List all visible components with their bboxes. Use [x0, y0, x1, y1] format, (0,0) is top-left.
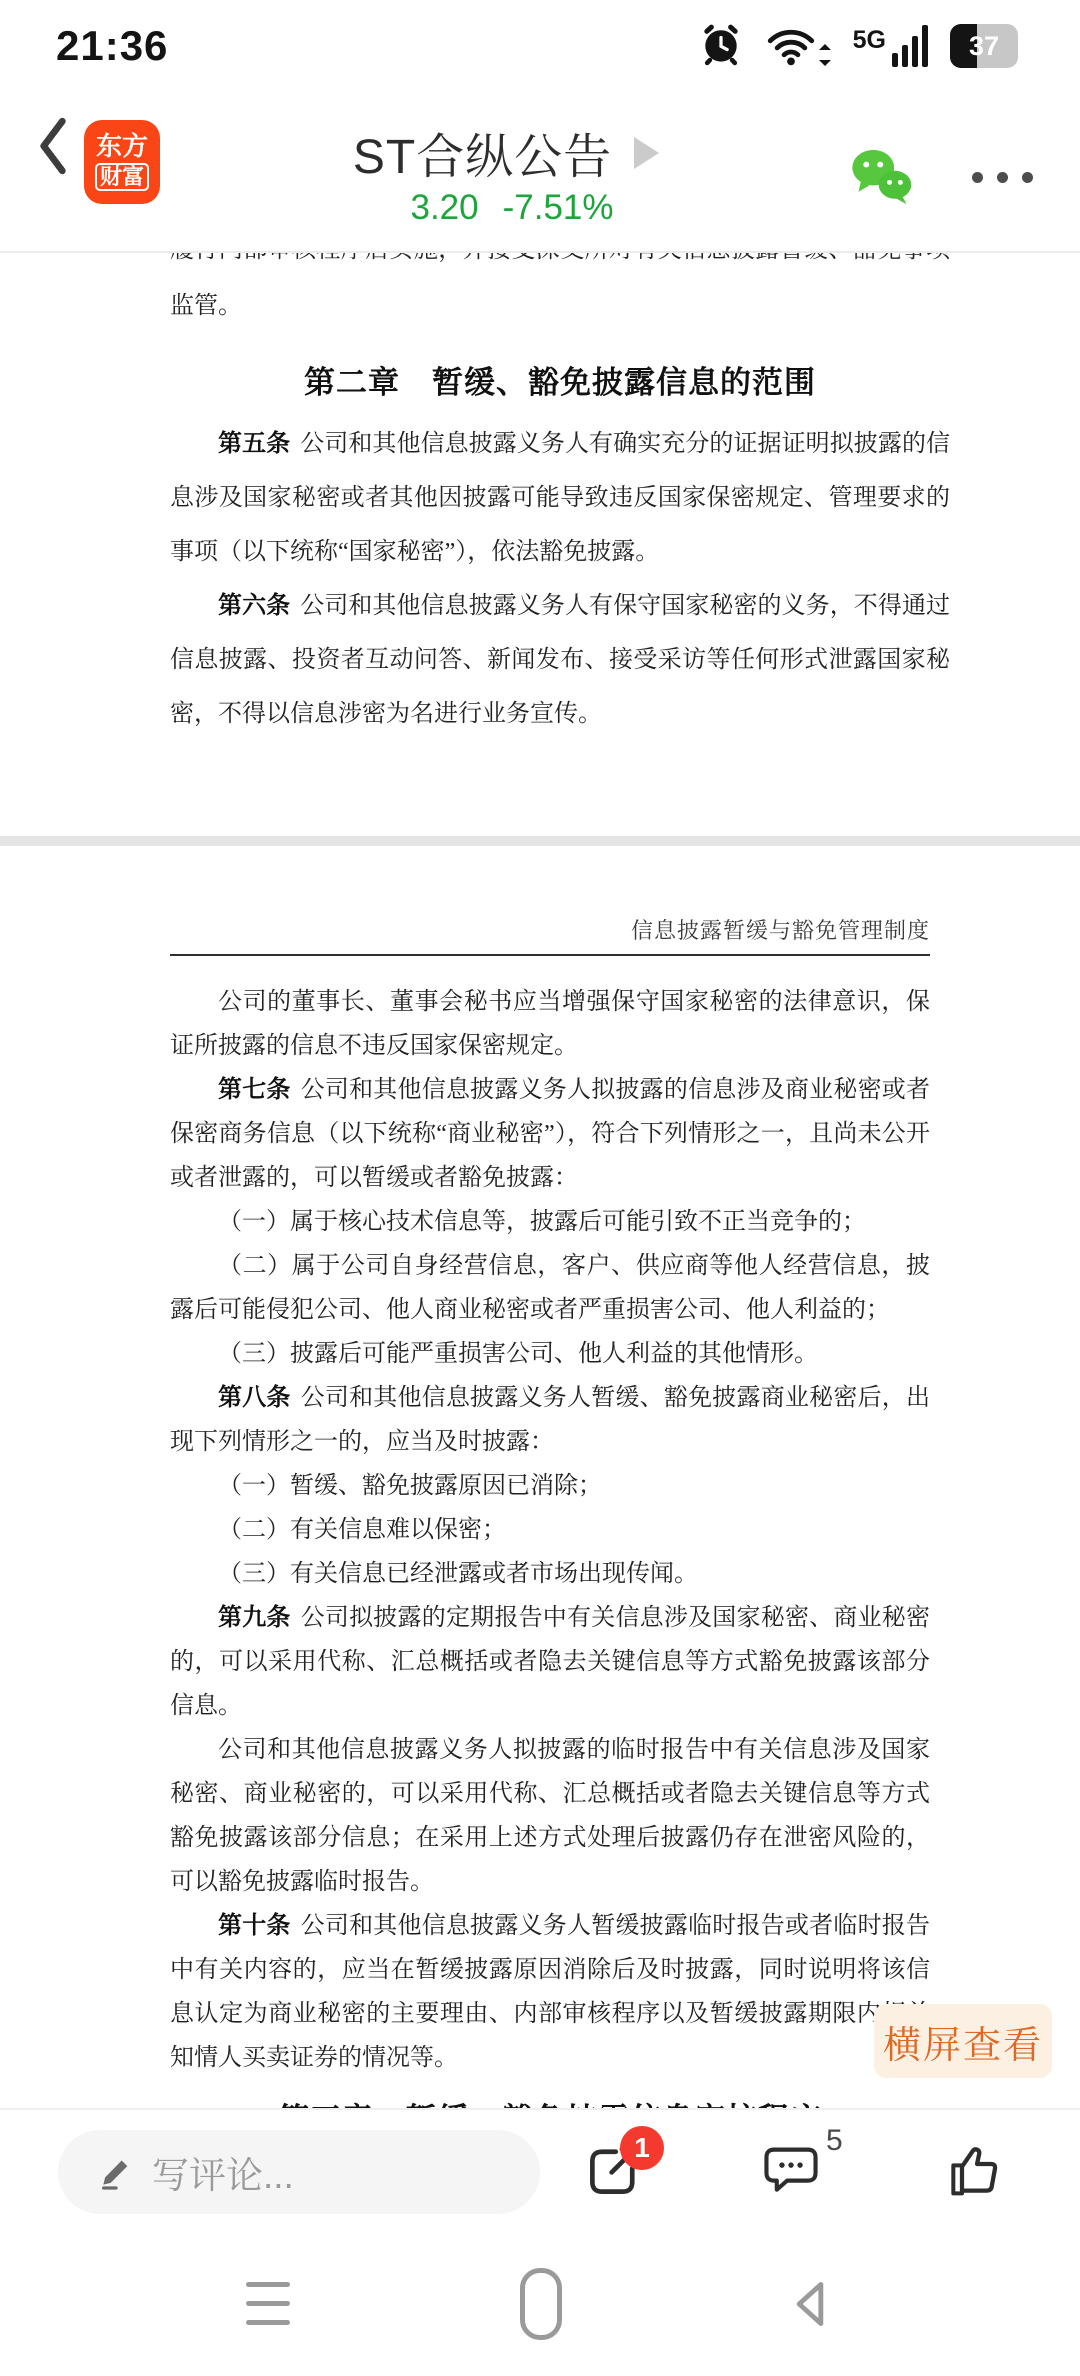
- article-10: 第十条公司和其他信息披露义务人暂缓披露临时报告或者临时报告中有关内容的，应当在暂…: [170, 1904, 930, 2080]
- nav-bar: [0, 2232, 1080, 2376]
- doc-paragraph: 公司的董事长、董事会秘书应当增强保守国家秘密的法律意识，保证所披露的信息不违反国…: [170, 980, 930, 1068]
- wifi-arrows-icon: [819, 42, 831, 68]
- wechat-share-button[interactable]: [846, 146, 916, 208]
- like-icon: [944, 2138, 1008, 2202]
- doc-paragraph: 履行内部审核程序后实施，并接受深交所对有关信息披露暂缓、豁免事项的事后: [170, 253, 950, 279]
- battery-icon: 37: [950, 24, 1018, 68]
- alarm-icon: [698, 21, 744, 72]
- comment-button[interactable]: 5: [760, 2138, 822, 2205]
- comment-count: 5: [826, 2124, 843, 2158]
- share-button[interactable]: 1: [580, 2138, 646, 2209]
- list-item: （三）有关信息已经泄露或者市场出现传闻。: [170, 1552, 930, 1596]
- share-badge: 1: [620, 2126, 664, 2170]
- clipped-line: 履行内部审核程序后实施，并接受深交所对有关信息披露暂缓、豁免事项的事后: [170, 253, 950, 279]
- list-item: （三）披露后可能严重损害公司、他人利益的其他情形。: [170, 1332, 930, 1376]
- chapter-3-heading: 第三章 暂缓、豁免披露信息审核程序: [170, 2100, 930, 2108]
- back-icon[interactable]: [790, 2278, 830, 2335]
- more-dots-icon: [972, 172, 983, 183]
- battery-percent-text: 37: [950, 24, 1018, 68]
- wifi-icon: [766, 24, 831, 68]
- more-menu-button[interactable]: [972, 172, 1033, 183]
- landscape-view-button[interactable]: 横屏查看: [874, 2004, 1052, 2078]
- comment-placeholder: 写评论...: [152, 2145, 294, 2199]
- chapter-2-heading: 第二章 暂缓、豁免披露信息的范围: [170, 363, 950, 403]
- signal-5g-icon: 5G: [853, 25, 928, 67]
- document-page-1: 履行内部审核程序后实施，并接受深交所对有关信息披露暂缓、豁免事项的事后 监管。 …: [0, 253, 1080, 836]
- page-separator: [0, 836, 1080, 846]
- article-9: 第九条公司拟披露的定期报告中有关信息涉及国家秘密、商业秘密的，可以采用代称、汇总…: [170, 1596, 930, 1728]
- status-icons: 5G 37: [698, 20, 1018, 72]
- article-8: 第八条公司和其他信息披露义务人暂缓、豁免披露商业秘密后，出现下列情形之一的，应当…: [170, 1376, 930, 1464]
- list-item: （一）属于核心技术信息等，披露后可能引致不正当竞争的；: [170, 1200, 930, 1244]
- menu-icon[interactable]: [246, 2282, 290, 2325]
- comment-icon: [760, 2138, 822, 2200]
- doc-paragraph: 监管。: [170, 279, 950, 333]
- doc-paragraph: 公司和其他信息披露义务人拟披露的临时报告中有关信息涉及国家秘密、商业秘密的，可以…: [170, 1728, 930, 1904]
- article-6: 第六条公司和其他信息披露义务人有保守国家秘密的义务，不得通过信息披露、投资者互动…: [170, 579, 950, 741]
- home-icon[interactable]: [520, 2268, 562, 2340]
- clock-text: 21:36: [56, 22, 168, 70]
- list-item: （二）有关信息难以保密；: [170, 1508, 930, 1552]
- page-title[interactable]: ST合纵公告: [353, 118, 612, 187]
- pencil-icon: [96, 2152, 136, 2192]
- article-7: 第七条公司和其他信息披露义务人拟披露的信息涉及商业秘密或者保密商务信息（以下统称…: [170, 1068, 930, 1200]
- stock-price: 3.20: [410, 188, 478, 228]
- status-bar: 21:36 5G: [0, 0, 1080, 92]
- document-page-2: 信息披露暂缓与豁免管理制度 公司的董事长、董事会秘书应当增强保守国家秘密的法律意…: [0, 846, 1080, 2108]
- comment-bar: 写评论... 1 5: [0, 2108, 1080, 2232]
- page-header-rule: [170, 954, 930, 956]
- page-header-text: 信息披露暂缓与豁免管理制度: [170, 916, 930, 946]
- comment-input[interactable]: 写评论...: [58, 2130, 540, 2214]
- document-view[interactable]: 履行内部审核程序后实施，并接受深交所对有关信息披露暂缓、豁免事项的事后 监管。 …: [0, 253, 1080, 2108]
- like-button[interactable]: [944, 2138, 1008, 2207]
- play-icon[interactable]: [634, 137, 659, 169]
- wechat-icon: [846, 146, 916, 208]
- article-5: 第五条公司和其他信息披露义务人有确实充分的证据证明拟披露的信息涉及国家秘密或者其…: [170, 417, 950, 579]
- app-header: 东方 财富 ST合纵公告 3.20 -7.51%: [0, 92, 1080, 253]
- stock-change: -7.51%: [503, 188, 614, 228]
- list-item: （二）属于公司自身经营信息，客户、供应商等他人经营信息，披露后可能侵犯公司、他人…: [170, 1244, 930, 1332]
- list-item: （一）暂缓、豁免披露原因已消除；: [170, 1464, 930, 1508]
